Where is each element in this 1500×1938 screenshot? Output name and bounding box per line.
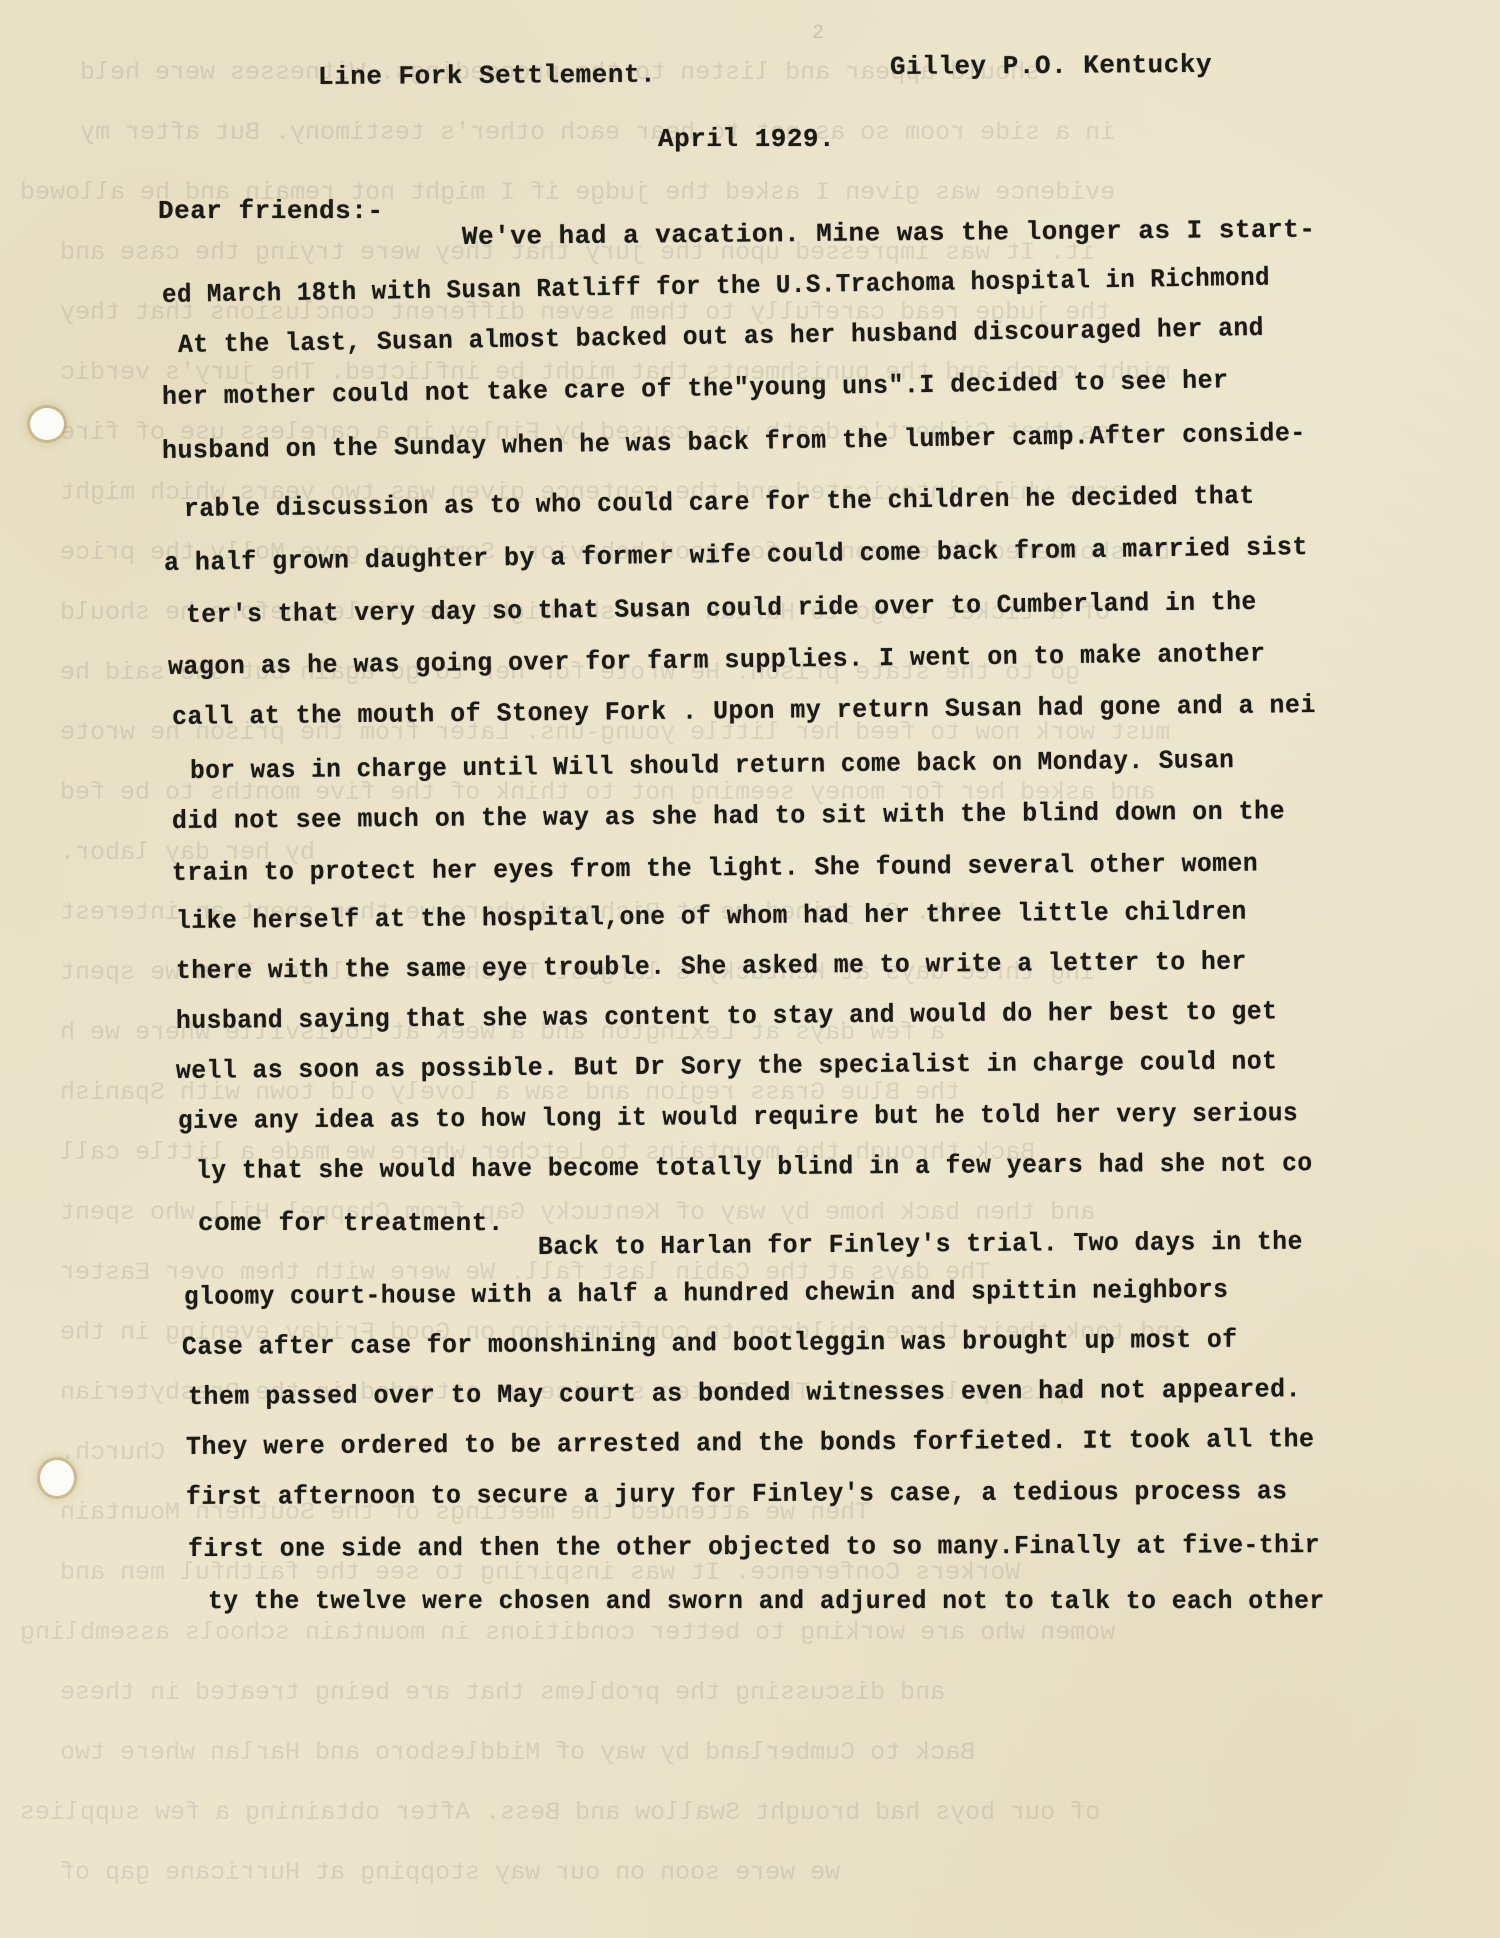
body-line: ty the twelve were chosen and sworn and … — [208, 1586, 1325, 1616]
body-line: well as soon as possible. But Dr Sory th… — [176, 1046, 1278, 1086]
punch-hole — [30, 408, 64, 440]
body-line: Case after case for moonshining and boot… — [182, 1325, 1238, 1362]
body-line: give any idea as to how long it would re… — [178, 1098, 1298, 1136]
bleed-through-text: we were soon on our way stopping at Hurr… — [60, 1858, 840, 1887]
body-line: come for treatment. — [198, 1208, 504, 1238]
body-line: We've had a vacation. Mine was the longe… — [462, 215, 1316, 252]
bleed-through-text: women who are working to better conditio… — [20, 1618, 1115, 1647]
body-line: first one side and then the other object… — [188, 1530, 1320, 1564]
bleed-through-text: and discussing the problems that are bei… — [60, 1678, 945, 1707]
bleed-through-text: in a side room so as not to hear each ot… — [80, 118, 1115, 147]
body-line: Back to Harlan for Finley's trial. Two d… — [538, 1227, 1303, 1262]
heading-place: Line Fork Settlement. — [318, 60, 656, 92]
body-line: ly that she would have become totally bl… — [196, 1148, 1313, 1186]
salutation: Dear friends:- — [158, 196, 383, 226]
bleed-through-text: Back to Cumberland by way of Middlesboro… — [60, 1738, 975, 1767]
body-line: them passed over to May court as bonded … — [188, 1374, 1301, 1412]
bleed-through-page-number: 2 — [812, 22, 824, 45]
body-line: gloomy court-house with a half a hundred… — [184, 1275, 1229, 1312]
bleed-through-text: of our boys had brought Swallow and Bess… — [20, 1798, 1100, 1827]
heading-post-office: Gilley P.O. Kentucky — [890, 50, 1212, 82]
letter-page: 2 should appear and listen to the procee… — [0, 0, 1500, 1938]
punch-hole — [40, 1460, 74, 1496]
body-line: husband saying that she was content to s… — [176, 996, 1278, 1036]
bleed-through-text: Church. — [60, 1438, 165, 1467]
body-line: first afternoon to secure a jury for Fin… — [186, 1476, 1288, 1512]
body-line: They were ordered to be arrested and the… — [186, 1424, 1315, 1462]
body-line: train to protect her eyes from the light… — [172, 849, 1258, 888]
heading-date: April 1929. — [658, 124, 835, 154]
